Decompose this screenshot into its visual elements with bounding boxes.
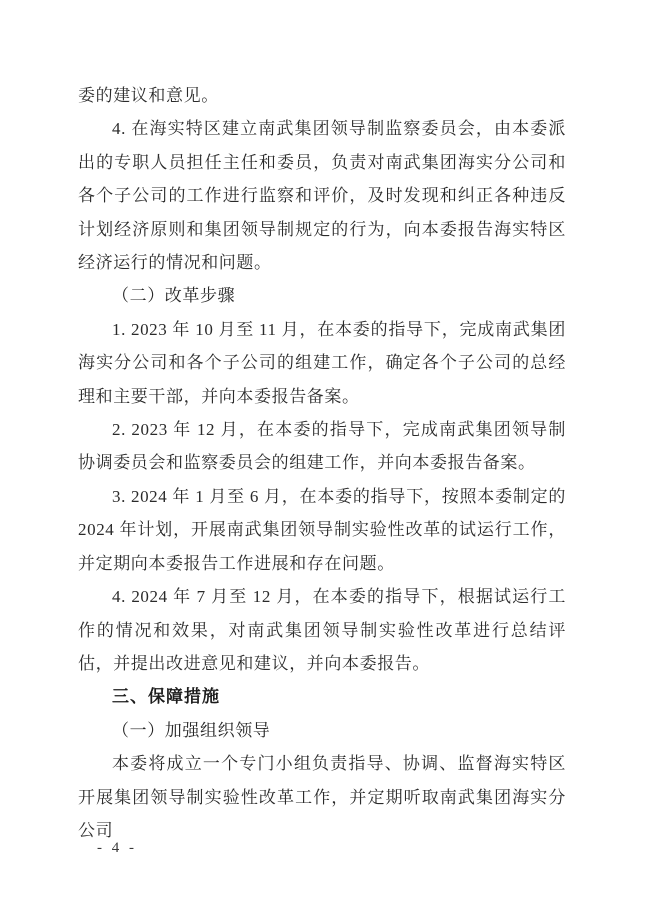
paragraph: 委的建议和意见。 — [78, 79, 566, 112]
document-body: 委的建议和意见。4. 在海实特区建立南武集团领导制监察委员会，由本委派出的专职人… — [78, 79, 566, 847]
sub-section-heading: （二）改革步骤 — [78, 279, 566, 312]
paragraph: 4. 2024 年 7 月至 12 月，在本委的指导下，根据试运行工作的情况和效… — [78, 580, 566, 680]
paragraph: 1. 2023 年 10 月至 11 月，在本委的指导下，完成南武集团海实分公司… — [78, 313, 566, 413]
paragraph: 2. 2023 年 12 月，在本委的指导下，完成南武集团领导制协调委员会和监察… — [78, 413, 566, 480]
paragraph: 4. 在海实特区建立南武集团领导制监察委员会，由本委派出的专职人员担任主任和委员… — [78, 112, 566, 279]
paragraph: 3. 2024 年 1 月至 6 月，在本委的指导下，按照本委制定的 2024 … — [78, 480, 566, 580]
sub-section-heading: （一）加强组织领导 — [78, 714, 566, 747]
page-number: - 4 - — [97, 840, 137, 857]
section-heading: 三、保障措施 — [78, 680, 566, 713]
document-page: 委的建议和意见。4. 在海实特区建立南武集团领导制监察委员会，由本委派出的专职人… — [0, 0, 648, 917]
paragraph: 本委将成立一个专门小组负责指导、协调、监督海实特区开展集团领导制实验性改革工作，… — [78, 747, 566, 847]
